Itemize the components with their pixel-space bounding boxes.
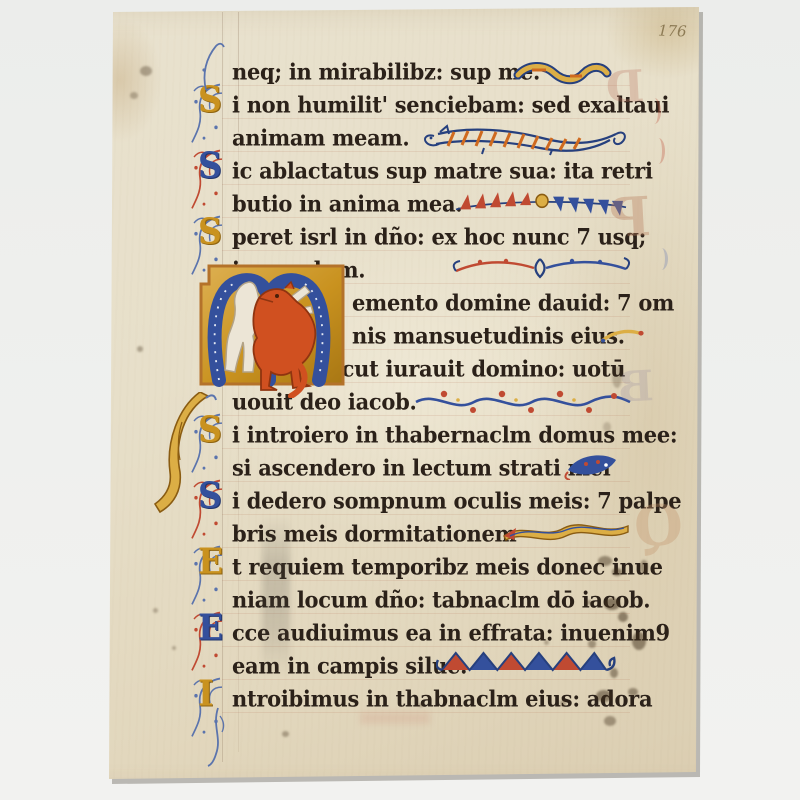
line-text: ntroibimus in thabnaclm eius: adora <box>232 685 652 712</box>
smudge-streak <box>262 515 290 675</box>
text-line-4: Sic ablactatus sup matre sua: ita retri <box>232 157 653 189</box>
ascender-flourish-icon <box>196 40 226 92</box>
text-line-20: Introibimus in thabnaclm eius: adora <box>232 685 652 717</box>
sprig-line-filler-icon <box>596 324 646 348</box>
vine-line-filler-icon <box>412 388 634 416</box>
line-text: animam meam. <box>232 124 409 151</box>
ink-stain <box>544 640 549 645</box>
text-line-5: butio in anima mea. <box>232 190 462 222</box>
ink-stain <box>596 690 612 702</box>
folio-number: 176 <box>658 22 687 41</box>
line-text: butio in anima mea. <box>232 190 462 217</box>
text-line-1: neq; in mirabilibz: sup me. <box>232 58 540 90</box>
ink-stain <box>612 568 622 576</box>
line-text: i dedero sompnum oculis meis: 7 palpe <box>232 487 681 514</box>
offset-ink-mark <box>360 712 430 724</box>
ink-stain <box>560 700 566 706</box>
show-through-letter: Q <box>633 497 685 555</box>
historiated-initial-m <box>193 258 355 398</box>
manuscript-leaf: 176 neq; in mirabilibz: sup me. Si non h… <box>0 0 800 800</box>
ink-stain <box>598 556 612 566</box>
ink-stain <box>586 600 592 605</box>
zigzag-line-filler-icon <box>436 648 622 676</box>
decorated-initial-e: E <box>198 609 223 644</box>
ink-stain <box>153 608 158 613</box>
line-text: si ascendero in lectum strati mei <box>232 454 610 481</box>
decorated-initial-s: S <box>198 213 222 248</box>
ink-stain <box>172 646 176 650</box>
show-through-letter: P <box>609 189 652 245</box>
ink-stain <box>130 92 138 99</box>
ink-stain <box>137 346 143 352</box>
dragon-line-filler-icon <box>420 124 626 156</box>
ink-stain <box>588 640 596 648</box>
line-text: cce audiuimus ea in effrata: inuenim9 <box>232 619 670 646</box>
line-text: t requiem temporibz meis donec inue <box>232 553 663 580</box>
ink-stain <box>640 560 648 574</box>
text-line-14: Si dedero sompnum oculis meis: 7 palpe <box>232 487 681 519</box>
show-through-letter: D <box>605 65 645 111</box>
ink-stain <box>604 598 620 610</box>
text-line-2: Si non humilit' senciebam: sed exaltaui <box>232 91 669 123</box>
line-text: neq; in mirabilibz: sup me. <box>232 58 540 85</box>
text-line-18: Ecce audiuimus ea in effrata: inuenim9 <box>232 619 670 651</box>
line-text: nis mansuetudinis eius. <box>352 322 625 349</box>
ink-stain <box>610 668 618 678</box>
gold-knot-line-filler-icon <box>512 60 612 86</box>
text-line-10: Sicut iurauit domino: uotū <box>334 355 625 387</box>
line-text: peret isrl in dño: ex hoc nunc 7 usq; <box>232 223 646 250</box>
decorated-initial-s: S <box>198 147 222 182</box>
ink-stain <box>282 731 289 737</box>
line-text: emento domine dauid: 7 om <box>352 289 674 316</box>
ink-stain <box>140 66 152 76</box>
text-line-13: si ascendero in lectum strati mei <box>232 454 610 486</box>
show-through-flourish-mark <box>652 138 665 164</box>
show-through-letter: B <box>617 365 655 409</box>
ink-stain <box>618 612 628 622</box>
line-text: ic ablactatus sup matre sua: ita retri <box>232 157 653 184</box>
comb-line-filler-icon <box>452 188 630 218</box>
gold-pendant-flourish-icon <box>146 392 218 518</box>
ink-stain <box>632 632 646 650</box>
paisley-line-filler-icon <box>560 450 622 480</box>
ink-stain <box>604 716 616 726</box>
text-line-6: Speret isrl in dño: ex hoc nunc 7 usq; <box>232 223 646 255</box>
manuscript-photo: 176 neq; in mirabilibz: sup me. Si non h… <box>0 0 800 800</box>
ink-stain <box>419 703 423 707</box>
ribbon-line-filler-icon <box>500 520 634 546</box>
line-text: i non humilit' senciebam: sed exaltaui <box>232 91 669 118</box>
show-through-flourish-mark <box>655 248 668 270</box>
text-line-3: animam meam. <box>232 124 409 156</box>
scroll-line-filler-icon <box>446 254 636 282</box>
ink-stain <box>603 422 611 432</box>
text-line-9: nis mansuetudinis eius. <box>352 322 625 354</box>
decorated-initial-e: E <box>198 543 223 578</box>
descender-flourish-icon <box>206 706 232 768</box>
ink-stain <box>628 688 638 696</box>
show-through-flourish-mark <box>648 98 661 124</box>
text-line-8: emento domine dauid: 7 om <box>352 289 674 321</box>
line-text: icut iurauit domino: uotū <box>334 355 625 382</box>
